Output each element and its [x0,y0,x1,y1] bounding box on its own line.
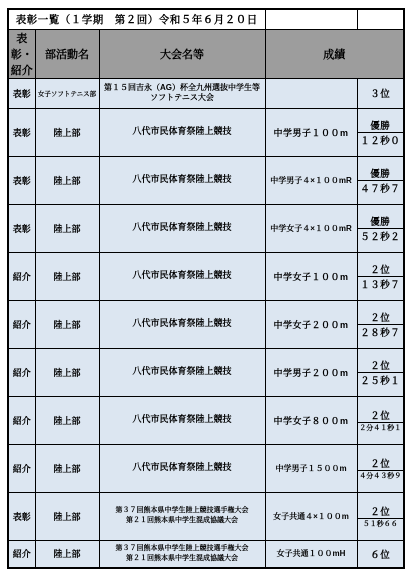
result-stack: ２位２５秒１ [358,358,404,387]
result-rank: ２位 [358,408,404,422]
result-rank: ２位 [358,456,404,470]
result-stack: 優勝１２秒０ [358,118,404,147]
header-competition: 大会名等 [99,29,265,78]
table-row: 紹介陸上部八代市民体育祭陸上競技中学男子１５００m２位４分４３秒９ [8,444,404,492]
result-cell: ２位２８秒７ [357,300,404,348]
competition-line: 八代市民体育祭陸上競技 [101,174,264,185]
competition-line: 八代市民体育祭陸上競技 [101,270,264,281]
competition-name-cell: 八代市民体育祭陸上競技 [99,156,265,204]
competition-line: 第３７回熊本県中学生陸上競技選手権大会 [101,506,264,516]
competition-name-cell: 八代市民体育祭陸上競技 [99,444,265,492]
table-row: 紹介陸上部八代市民体育祭陸上競技中学男子２００m２位２５秒１ [8,348,404,396]
table-row: 表彰陸上部八代市民体育祭陸上競技中学男子４×１００mR優勝４７秒７ [8,156,404,204]
club-name-cell: 陸上部 [35,492,99,540]
row-type-cell: 紹介 [8,252,35,300]
row-type-cell: 紹介 [8,396,35,444]
header-result: 成績 [265,29,404,78]
club-name-cell: 陸上部 [35,204,99,252]
result-stack: ２位４分４３秒９ [358,456,404,481]
page-title: 表彰一覧（１学期 第２回）令和５年６月２０日 [8,9,265,29]
result-rank: ２位 [358,310,404,324]
club-name-cell: 女子ソフトテニス部 [35,78,99,108]
competition-line: 八代市民体育祭陸上競技 [101,318,264,329]
result-stack: ２位２分４１秒１ [358,408,404,433]
event-name-cell: 中学男子１５００m [265,444,357,492]
result-stack: 優勝５２秒２ [358,214,404,243]
competition-line: 第１５回吉永（AG）杯全九州選抜中学生等ソフトテニス大会 [101,83,264,103]
result-rank: ２位 [358,262,404,276]
result-time: ２分４１秒１ [358,422,404,433]
row-type-cell: 表彰 [8,492,35,540]
result-rank: 優勝 [358,118,404,132]
table-row: 紹介陸上部八代市民体育祭陸上競技中学女子８００m２位２分４１秒１ [8,396,404,444]
table-row: 表彰陸上部第３７回熊本県中学生陸上競技選手権大会第２１回熊本県中学生混成協議大会… [8,492,404,540]
result-time: １３秒７ [358,276,404,291]
competition-name-cell: 八代市民体育祭陸上競技 [99,396,265,444]
competition-line: 第３７回熊本県中学生陸上競技選手権大会 [101,544,264,554]
result-rank: 優勝 [358,166,404,180]
competition-name-cell: 第３７回熊本県中学生陸上競技選手権大会第２１回熊本県中学生混成協議大会 [99,540,265,568]
result-rank: ３位 [358,86,404,100]
event-name-cell [265,78,357,108]
event-name-cell: 中学男子２００m [265,348,357,396]
header-club: 部活動名 [35,29,99,78]
competition-line: 八代市民体育祭陸上競技 [101,414,264,425]
event-name-cell: 中学女子４×１００mR [265,204,357,252]
result-rank: ２位 [358,504,404,518]
competition-name-cell: 八代市民体育祭陸上競技 [99,204,265,252]
club-name-cell: 陸上部 [35,252,99,300]
competition-line: 八代市民体育祭陸上競技 [101,126,264,137]
result-cell: 優勝５２秒２ [357,204,404,252]
result-cell: ２位５１秒６６ [357,492,404,540]
result-time: １２秒０ [358,132,404,147]
competition-name-cell: 第１５回吉永（AG）杯全九州選抜中学生等ソフトテニス大会 [99,78,265,108]
competition-name-cell: 八代市民体育祭陸上競技 [99,300,265,348]
result-stack: 優勝４７秒７ [358,166,404,195]
award-table: 表彰一覧（１学期 第２回）令和５年６月２０日 表彰・紹介 部活動名 大会名等 成… [7,8,405,569]
row-type-cell: 紹介 [8,540,35,568]
result-cell: ２位４分４３秒９ [357,444,404,492]
table-row: 紹介陸上部八代市民体育祭陸上競技中学女子２００m２位２８秒７ [8,300,404,348]
table-row: 表彰陸上部八代市民体育祭陸上競技中学男子１００m優勝１２秒０ [8,108,404,156]
result-time: ２８秒７ [358,324,404,339]
competition-line: 八代市民体育祭陸上競技 [101,222,264,233]
club-name-cell: 陸上部 [35,300,99,348]
result-cell: ２位２分４１秒１ [357,396,404,444]
table-row: 紹介陸上部八代市民体育祭陸上競技中学女子１００m２位１３秒７ [8,252,404,300]
result-rank: ２位 [358,358,404,372]
club-name-cell: 陸上部 [35,108,99,156]
result-time: ５１秒６６ [358,518,404,529]
table-row: 紹介陸上部第３７回熊本県中学生陸上競技選手権大会第２１回熊本県中学生混成協議大会… [8,540,404,568]
competition-name-cell: 第３７回熊本県中学生陸上競技選手権大会第２１回熊本県中学生混成協議大会 [99,492,265,540]
row-type-cell: 紹介 [8,444,35,492]
result-stack: ２位１３秒７ [358,262,404,291]
competition-name-cell: 八代市民体育祭陸上競技 [99,252,265,300]
result-time: ２５秒１ [358,372,404,387]
competition-name-cell: 八代市民体育祭陸上競技 [99,348,265,396]
competition-line: 八代市民体育祭陸上競技 [101,462,264,473]
result-rank: ６位 [358,547,404,561]
title-row-empty-cell-1 [265,9,357,29]
header-row: 表彰・紹介 部活動名 大会名等 成績 [8,29,404,78]
result-time: ４分４３秒９ [358,470,404,481]
result-cell: ２位２５秒１ [357,348,404,396]
club-name-cell: 陸上部 [35,444,99,492]
result-cell: 優勝１２秒０ [357,108,404,156]
result-time: ４７秒７ [358,180,404,195]
title-row: 表彰一覧（１学期 第２回）令和５年６月２０日 [8,9,404,29]
competition-line: 第２１回熊本県中学生混成協議大会 [101,554,264,564]
event-name-cell: 女子共通１００mH [265,540,357,568]
row-type-cell: 紹介 [8,348,35,396]
competition-name-cell: 八代市民体育祭陸上競技 [99,108,265,156]
table-row: 表彰陸上部八代市民体育祭陸上競技中学女子４×１００mR優勝５２秒２ [8,204,404,252]
result-cell: ２位１３秒７ [357,252,404,300]
event-name-cell: 女子共通４×１００m [265,492,357,540]
competition-line: 第２１回熊本県中学生混成協議大会 [101,516,264,526]
result-stack: ６位 [358,547,404,561]
header-type: 表彰・紹介 [8,29,35,78]
result-stack: ２位２８秒７ [358,310,404,339]
row-type-cell: 表彰 [8,108,35,156]
result-cell: ６位 [357,540,404,568]
title-row-empty-cell-2 [357,9,404,29]
club-name-cell: 陸上部 [35,540,99,568]
result-rank: 優勝 [358,214,404,228]
event-name-cell: 中学男子４×１００mR [265,156,357,204]
competition-line: 八代市民体育祭陸上競技 [101,366,264,377]
result-stack: ２位５１秒６６ [358,504,404,529]
club-name-cell: 陸上部 [35,156,99,204]
row-type-cell: 表彰 [8,156,35,204]
event-name-cell: 中学女子８００m [265,396,357,444]
table-row: 表彰女子ソフトテニス部第１５回吉永（AG）杯全九州選抜中学生等ソフトテニス大会３… [8,78,404,108]
event-name-cell: 中学女子２００m [265,300,357,348]
row-type-cell: 紹介 [8,300,35,348]
result-stack: ３位 [358,86,404,100]
result-cell: 優勝４７秒７ [357,156,404,204]
row-type-cell: 表彰 [8,204,35,252]
result-cell: ３位 [357,78,404,108]
award-list-sheet: 表彰一覧（１学期 第２回）令和５年６月２０日 表彰・紹介 部活動名 大会名等 成… [0,0,409,551]
event-name-cell: 中学男子１００m [265,108,357,156]
club-name-cell: 陸上部 [35,348,99,396]
event-name-cell: 中学女子１００m [265,252,357,300]
row-type-cell: 表彰 [8,78,35,108]
result-time: ５２秒２ [358,228,404,243]
club-name-cell: 陸上部 [35,396,99,444]
